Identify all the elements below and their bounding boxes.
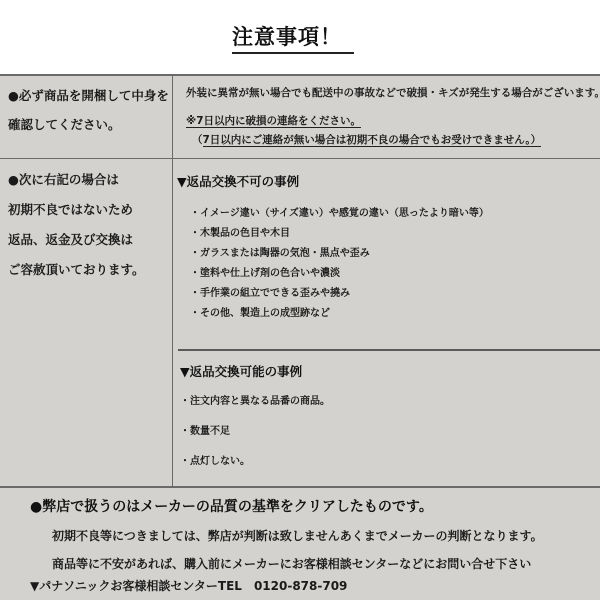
returnable-item: ・注文内容と異なる品番の商品。 (180, 392, 330, 407)
not-returnable-heading: ▼返品交換不可の事例 (177, 172, 299, 190)
paren-open: （ (192, 134, 203, 146)
notice-panel: ●必ず商品を開梱して中身を 確認してください。 外装に異常が無い場合でも配送中の… (0, 74, 600, 600)
contact-deadline: ※7日以内に破損の連絡をください。 (186, 114, 361, 128)
not-defect-notice-1: ●次に右記の場合は (8, 172, 119, 188)
damage-warning: 外装に異常が無い場合でも配送中の事故などで破損・キズが発生する場合がございます。 (186, 86, 600, 100)
open-package-notice-cont: 確認してください。 (8, 117, 121, 133)
maker-judgement-note: 初期不良等につきましては、弊店が判断は致しませんあくまでメーカーの判断となります… (52, 527, 543, 544)
contact-deadline-note-text: 7日以内にご連絡が無い場合は初期不良の場合でもお受けできません。） (203, 134, 542, 147)
not-returnable-item: ・塗料や仕上げ剤の色合いや濃淡 (190, 264, 340, 279)
panasonic-contact: ▼パナソニックお客様相談センターTEL 0120-878-709 (30, 577, 347, 594)
row-divider (0, 158, 600, 159)
not-returnable-item: ・手作業の組立でできる歪みや撓み (190, 284, 350, 299)
returnable-item: ・点灯しない。 (180, 452, 250, 467)
section-divider (178, 349, 600, 351)
page-title: 注意事項！ (232, 24, 354, 54)
contact-deadline-text: ※7日以内に破損の連絡をください。 (186, 115, 361, 128)
not-returnable-item: ・ガラスまたは陶器の気泡・黒点や歪み (190, 244, 370, 259)
contact-deadline-note: （7日以内にご連絡が無い場合は初期不良の場合でもお受けできません。） (192, 133, 541, 147)
open-package-notice: ●必ず商品を開梱して中身を (8, 88, 169, 104)
bottom-divider (0, 486, 600, 488)
header: 注意事項！ (0, 0, 600, 74)
not-defect-notice-4: ご容赦頂いております。 (8, 262, 145, 278)
pre-purchase-note: 商品等に不安があれば、購入前にメーカーにお客様相談センターなどにお問い合せ下さい (52, 555, 531, 572)
not-returnable-item: ・イメージ違い（サイズ違い）や感覚の違い（思ったより暗い等） (190, 204, 489, 219)
quality-statement: ●弊店で扱うのはメーカーの品質の基準をクリアしたものです。 (30, 496, 433, 516)
returnable-heading: ▼返品交換可能の事例 (180, 362, 302, 380)
returnable-item: ・数量不足 (180, 422, 230, 437)
not-defect-notice-3: 返品、返金及び交換は (8, 232, 133, 248)
not-returnable-item: ・木製品の色目や木目 (190, 224, 290, 239)
column-divider (172, 76, 173, 488)
not-returnable-item: ・その他、製造上の成型跡など (190, 304, 330, 319)
not-defect-notice-2: 初期不良ではないため (8, 202, 133, 218)
